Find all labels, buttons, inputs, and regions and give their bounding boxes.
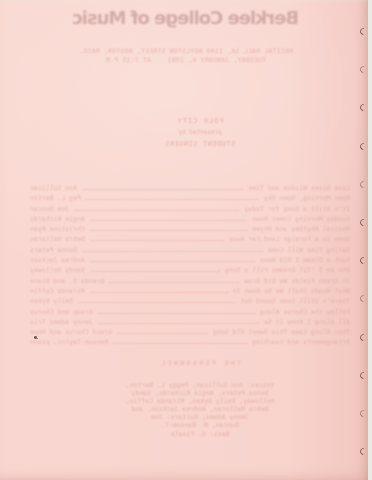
song-title: Follow the Chorus Along xyxy=(260,308,350,316)
berklee-logo-text: Berklee College of Music xyxy=(0,8,372,29)
performer-name: Miranda Coffin xyxy=(30,287,85,295)
ink-speck xyxy=(34,336,37,339)
program-list: Love Gives Wisdom and Time Ann Sullivan … xyxy=(30,184,350,349)
dot-leader xyxy=(90,261,255,262)
program-row: Spring Time Will Come Donna Peters xyxy=(30,246,350,256)
program-row: Open Morning, Open Sky Peg L. Barton xyxy=(30,194,350,204)
program-row: It's Still a Song for Today Joe Duncan xyxy=(30,205,350,215)
performer-name: Christine Ryan xyxy=(30,225,85,233)
dot-leader xyxy=(113,343,247,344)
program-ensemble: STUDENT SINGERS xyxy=(28,140,372,148)
dot-leader xyxy=(98,323,259,324)
song-title: Home in a Foreign Land Far Away xyxy=(229,235,350,243)
scanned-page: Berklee College of Music RECITAL HALL 1A… xyxy=(0,0,372,480)
personnel-line: Voices: Ann Sullivan, Peggy L. Barton, xyxy=(28,381,372,389)
program-row: Musical Rhythms and Rhyme Christine Ryan xyxy=(30,225,350,235)
dot-leader xyxy=(90,230,247,231)
performer-name: Peg L. Barton xyxy=(30,194,81,202)
program-row: What Roads Shall We Go Down In Miranda C… xyxy=(30,287,350,297)
dot-leader xyxy=(90,292,228,293)
performer-name: Angie Richards xyxy=(30,215,85,223)
program-row: Home in a Foreign Land Far Away Debra Ha… xyxy=(30,235,350,245)
program-row: Love Gives Wisdom and Time Ann Sullivan xyxy=(30,184,350,194)
song-title: Who Am I 'Til Dreams Fill a Song xyxy=(225,266,350,274)
dot-leader xyxy=(74,210,239,211)
dot-leader xyxy=(86,199,259,200)
song-title: Open Morning, Open Sky xyxy=(264,194,350,202)
performer-name: Ann Sullivan xyxy=(30,184,77,192)
personnel-block: THE PERSONNEL Voices: Ann Sullivan, Pegg… xyxy=(28,359,372,438)
personnel-line: Jenny Adams; Guitars: Joe xyxy=(28,413,372,421)
personnel-line: Debra Halloran, Andrea Jackson, and xyxy=(28,405,372,413)
song-title: Arrangements and Coaching xyxy=(252,338,350,346)
song-title: Spring Time Will Come xyxy=(268,246,350,254)
program-row: Arrangements and Coaching Ransom-Taylor,… xyxy=(30,338,350,348)
program-title: FOLK CITY xyxy=(28,117,372,125)
performer-name: Sandy Holloway xyxy=(30,266,85,274)
performer-name: Donna Peters xyxy=(30,246,77,254)
program-row: In Green Fields We Did Grow Brenda S. an… xyxy=(30,277,350,287)
program-row: There's Still Some Sound Out Emily Dyken xyxy=(30,297,350,307)
personnel-line: Holloway, Emily Dyken, Miranda Coffin, xyxy=(28,397,372,405)
program-row: Who Am I 'Til Dreams Fill a Song Sandy H… xyxy=(30,266,350,276)
performer-name: Grand Chorus and Hope xyxy=(30,328,112,336)
dot-leader xyxy=(90,220,247,221)
performer-name: Debra Halloran xyxy=(30,235,85,243)
song-title: There's Still Some Sound Out xyxy=(240,297,350,305)
mirrored-showthrough-text: Berklee College of Music RECITAL HALL 1A… xyxy=(0,0,372,480)
dot-leader xyxy=(98,313,255,314)
personnel-line: Duncan, M. Ransom-T. xyxy=(28,421,372,429)
performer-name: Andrea Jackson xyxy=(30,256,85,264)
dot-leader xyxy=(78,302,235,303)
program-row: Follow the Chorus Along Group and Chorus xyxy=(30,308,350,318)
program-row: All Along I Knew It So Jenny Adams Trio xyxy=(30,318,350,328)
dot-leader xyxy=(117,333,208,334)
song-title: What Roads Shall We Go Down In xyxy=(233,287,350,295)
song-title: Sunday Morning Comes Down xyxy=(252,215,350,223)
dot-leader xyxy=(82,189,243,190)
performer-name: Brenda S. and Diane xyxy=(30,277,104,285)
song-title: In Green Fields We Did Grow xyxy=(244,277,350,285)
dot-leader xyxy=(90,271,220,272)
program-row: Then Along Came This Sweet Old Song Gran… xyxy=(30,328,350,338)
performer-name: Ransom-Taylor, piano xyxy=(30,338,108,346)
performer-name: Joe Duncan xyxy=(30,205,69,213)
personnel-line: Bass: G. Finale xyxy=(28,430,372,438)
personnel-line: Donna Peters, Angie Richards, Sandy xyxy=(28,389,372,397)
datetime-line: TUESDAY, JANUARY 6, 1981 AT 7:15 P.M xyxy=(0,56,372,64)
dot-leader xyxy=(90,240,224,241)
address-line: RECITAL HALL 1A, 1140 BOYLSTON STREET, B… xyxy=(0,47,372,55)
dot-leader xyxy=(82,251,263,252)
performer-name: Emily Dyken xyxy=(30,297,73,305)
personnel-heading: THE PERSONNEL xyxy=(28,359,372,367)
song-title: Musical Rhythms and Rhyme xyxy=(252,225,350,233)
personnel-lines: Voices: Ann Sullivan, Peggy L. Barton,Do… xyxy=(28,381,372,438)
performer-name: Group and Chorus xyxy=(30,308,93,316)
program-subtitle: presented by xyxy=(28,129,372,136)
song-title: It's Still a Song for Today xyxy=(244,205,350,213)
song-title: Then Along Came This Sweet Old Song xyxy=(213,328,350,336)
program-title-block: FOLK CITY presented by STUDENT SINGERS xyxy=(28,117,372,148)
performer-name: Jenny Adams Trio xyxy=(30,318,93,326)
song-title: Love Gives Wisdom and Time xyxy=(248,184,350,192)
program-row: Such a Dream I Did Have Andrea Jackson xyxy=(30,256,350,266)
dot-leader xyxy=(109,282,239,283)
song-title: All Along I Knew It So xyxy=(264,318,350,326)
song-title: Such a Dream I Did Have xyxy=(260,256,350,264)
program-row: Sunday Morning Comes Down Angie Richards xyxy=(30,215,350,225)
